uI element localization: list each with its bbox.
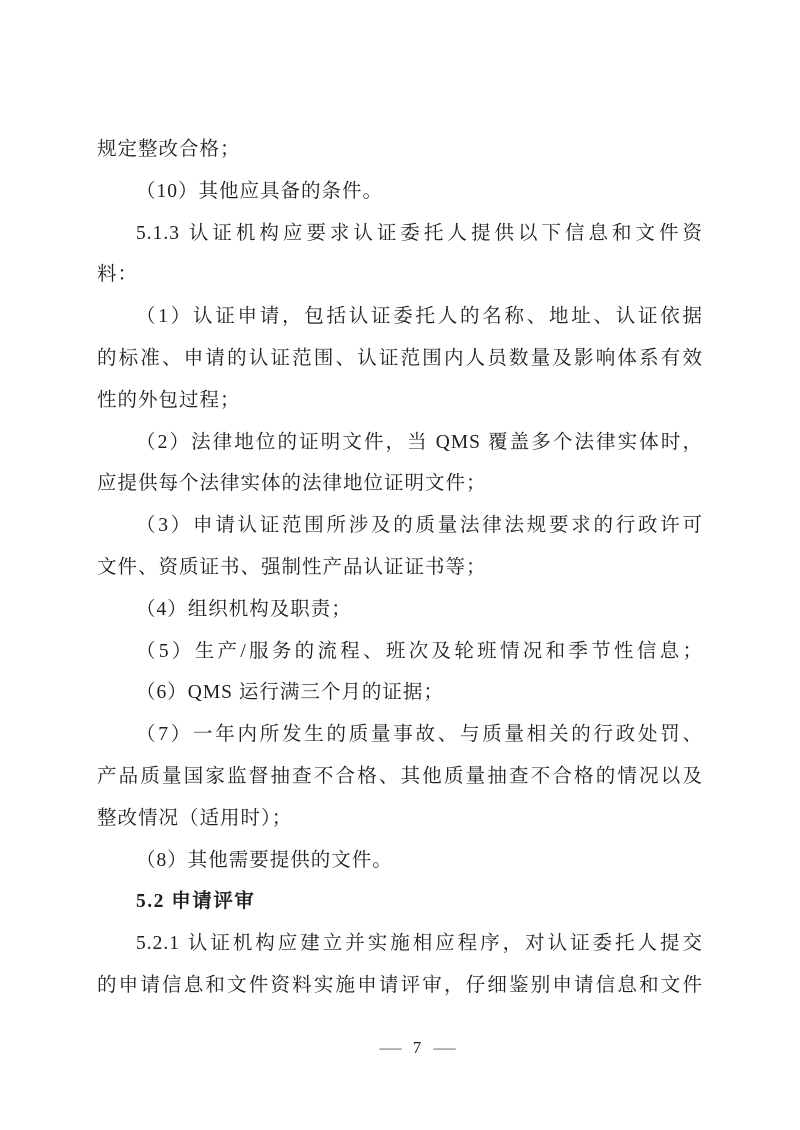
text-line: （4）组织机构及职责； <box>97 589 703 631</box>
page-number: 7 <box>413 1036 422 1060</box>
footer-dash-left: — <box>379 1036 401 1060</box>
page-footer: — 7 — <box>17 1036 800 1060</box>
text-line: （1）认证申请，包括认证委托人的名称、地址、认证依据 <box>97 296 703 338</box>
text-line: 性的外包过程； <box>97 380 703 422</box>
text-line: 整改情况（适用时）； <box>97 798 703 840</box>
text-line: 5.1.3 认证机构应要求认证委托人提供以下信息和文件资 <box>97 213 703 255</box>
text-line: 5.2.1 认证机构应建立并实施相应程序，对认证委托人提交 <box>97 923 703 965</box>
text-line: （10）其他应具备的条件。 <box>97 171 703 213</box>
text-line: （6）QMS 运行满三个月的证据； <box>97 672 703 714</box>
text-line: （3）申请认证范围所涉及的质量法律法规要求的行政许可 <box>97 505 703 547</box>
text-line: 料： <box>97 254 703 296</box>
text-line: 产品质量国家监督抽查不合格、其他质量抽查不合格的情况以及 <box>97 756 703 798</box>
footer-dash-right: — <box>433 1036 455 1060</box>
document-body: 规定整改合格；（10）其他应具备的条件。5.1.3 认证机构应要求认证委托人提供… <box>97 129 703 1007</box>
text-line: （7）一年内所发生的质量事故、与质量相关的行政处罚、 <box>97 714 703 756</box>
text-line: （5）生产/服务的流程、班次及轮班情况和季节性信息； <box>97 631 703 673</box>
text-line: 文件、资质证书、强制性产品认证证书等； <box>97 547 703 589</box>
text-line: 5.2 申请评审 <box>97 881 703 923</box>
document-page: 规定整改合格；（10）其他应具备的条件。5.1.3 认证机构应要求认证委托人提供… <box>0 0 800 1130</box>
text-line: （8）其他需要提供的文件。 <box>97 840 703 882</box>
text-line: 的标准、申请的认证范围、认证范围内人员数量及影响体系有效 <box>97 338 703 380</box>
text-line: 应提供每个法律实体的法律地位证明文件； <box>97 463 703 505</box>
text-line: 的申请信息和文件资料实施申请评审，仔细鉴别申请信息和文件 <box>97 965 703 1007</box>
text-line: 规定整改合格； <box>97 129 703 171</box>
text-line: （2）法律地位的证明文件，当 QMS 覆盖多个法律实体时， <box>97 422 703 464</box>
